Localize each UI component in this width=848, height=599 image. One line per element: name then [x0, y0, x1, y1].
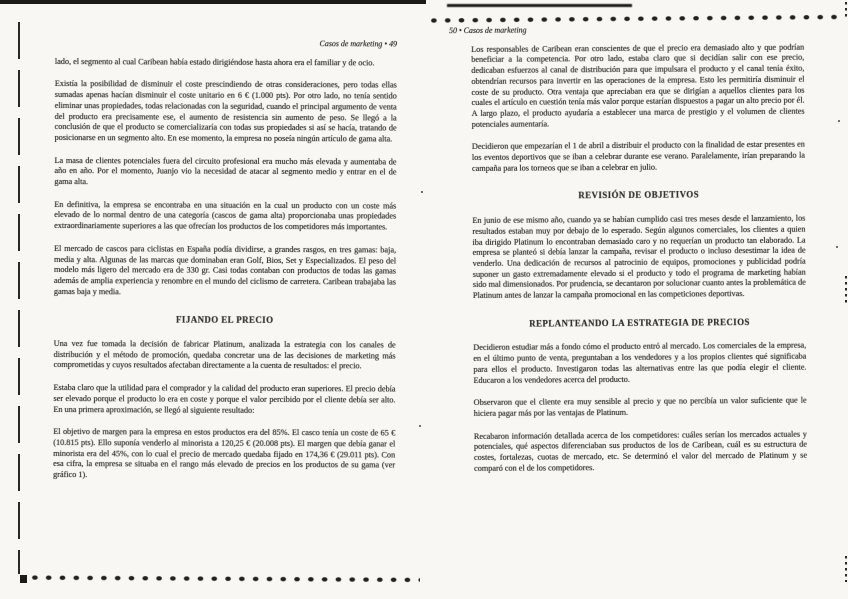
paragraph: Los responsables de Caribean eran consci…: [471, 42, 805, 130]
page-edge-line-left: [18, 22, 20, 574]
running-header-right-page: 50 • Casos de marketing: [449, 24, 804, 37]
paragraph: La masa de clientes potenciales fuera de…: [54, 156, 396, 190]
paragraph: Recabaron información detallada acerca d…: [474, 429, 807, 474]
paragraph: Observaron que el cliente era muy sensib…: [474, 396, 807, 420]
paragraph: lado, el segmento al cual Caribean había…: [55, 57, 397, 69]
section-heading-replanteando-la-estrategia-de-precios: REPLANTEANDO LA ESTRATEGIA DE PRECIOS: [473, 316, 806, 329]
paragraph: Estaba claro que la utilidad para el com…: [53, 383, 395, 417]
paragraph: Una vez fue tomada la decisión de fabric…: [54, 339, 396, 373]
paragraph: Existía la posibilidad de disminuir el c…: [55, 79, 397, 145]
page-edge-dots-right: [845, 2, 847, 18]
paragraph: El mercado de cascos para ciclistas en E…: [54, 244, 396, 299]
spiral-binding-bottom-icon: [28, 571, 420, 586]
running-header-left-page: Casos de marketing • 49: [55, 38, 397, 50]
paragraph: En junio de ese mismo año, cuando ya se …: [472, 214, 806, 302]
paragraph: En definitiva, la empresa se encontraba …: [54, 200, 396, 234]
page-right: 50 • Casos de marketing Los responsables…: [471, 24, 807, 487]
scan-edge-bar-top-right: [447, 4, 632, 7]
page-left: Casos de marketing • 49 lado, el segment…: [53, 38, 397, 494]
scanned-book-spread: Casos de marketing • 49 lado, el segment…: [0, 0, 848, 599]
scan-speck: [838, 120, 840, 122]
section-heading-revision-de-objetivos: REVISIÓN DE OBJETIVOS: [472, 189, 805, 202]
scan-ink-blob: [20, 575, 27, 583]
page-edge-dots-right: [845, 556, 847, 582]
scan-edge-bar-top-left: [0, 0, 426, 4]
paragraph: Decidieron que empezarían el 1 de abril …: [472, 140, 805, 174]
scan-speck: [836, 246, 838, 248]
paragraph: Decidieron estudiar más a fondo cómo el …: [473, 341, 806, 386]
section-heading-fijando-el-precio: FIJANDO EL PRECIO: [54, 314, 396, 326]
page-edge-dots-right: [845, 276, 847, 306]
paragraph: El objetivo de margen para la empresa en…: [53, 427, 395, 482]
scan-speck: [421, 191, 423, 193]
scan-speck: [419, 425, 421, 427]
